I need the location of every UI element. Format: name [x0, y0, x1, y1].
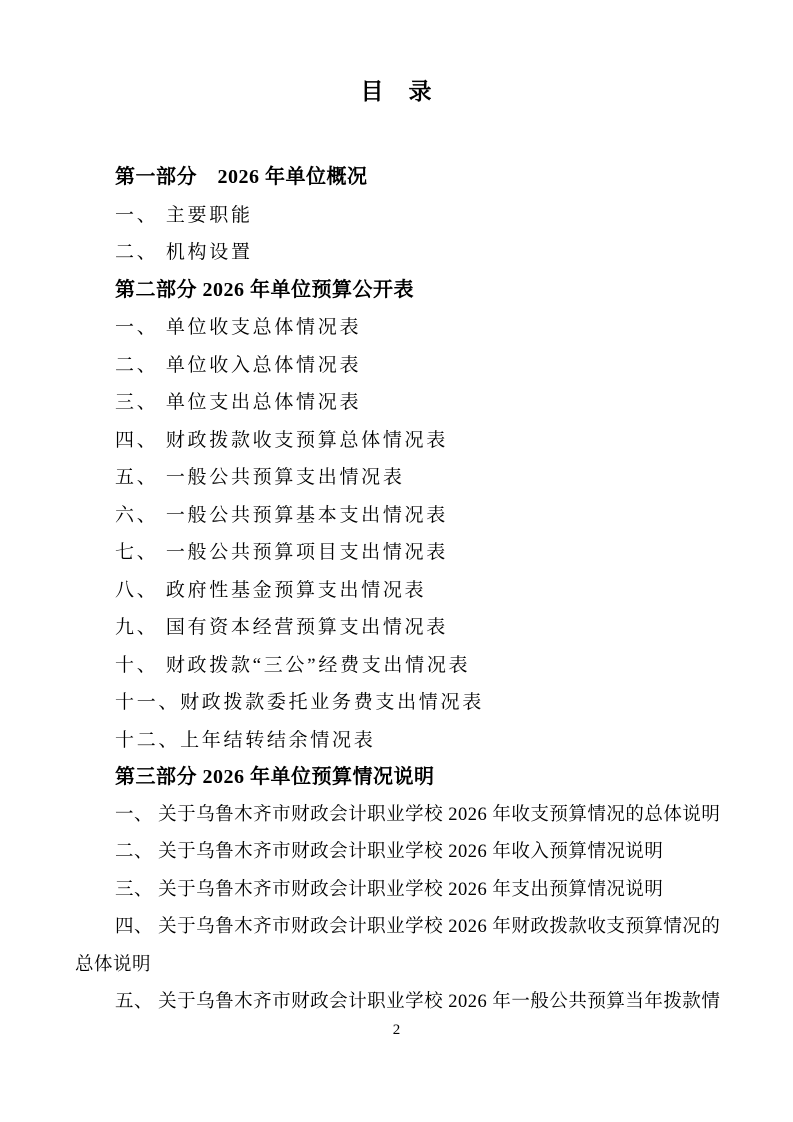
toc-section-2: 第二部分 2026 年单位预算公开表 一、 单位收支总体情况表 二、 单位收入总… [75, 272, 723, 760]
section-heading-part2: 第二部分 2026 年单位预算公开表 [75, 272, 723, 310]
toc-section-3: 第三部分 2026 年单位预算情况说明 一、 关于乌鲁木齐市财政会计职业学校 2… [75, 759, 723, 1022]
toc-item: 二、 单位收入总体情况表 [75, 347, 723, 385]
toc-item: 七、 一般公共预算项目支出情况表 [75, 534, 723, 572]
toc-item: 二、 关于乌鲁木齐市财政会计职业学校 2026 年收入预算情况说明 [75, 834, 723, 872]
toc-item: 四、 关于乌鲁木齐市财政会计职业学校 2026 年财政拨款收支预算情况的总体说明 [75, 909, 723, 984]
toc-item: 四、 财政拨款收支预算总体情况表 [75, 422, 723, 460]
document-page: 目 录 第一部分 2026 年单位概况 一、 主要职能 二、 机构设置 第二部分… [0, 0, 793, 1122]
toc-item: 一、 主要职能 [75, 197, 723, 235]
toc-item: 一、 关于乌鲁木齐市财政会计职业学校 2026 年收支预算情况的总体说明 [75, 797, 723, 835]
toc-item: 一、 单位收支总体情况表 [75, 309, 723, 347]
section-heading-part1: 第一部分 2026 年单位概况 [75, 159, 723, 197]
toc-item: 三、 单位支出总体情况表 [75, 384, 723, 422]
toc-item: 十、 财政拨款“三公”经费支出情况表 [75, 647, 723, 685]
toc-item: 六、 一般公共预算基本支出情况表 [75, 497, 723, 535]
toc-section-1: 第一部分 2026 年单位概况 一、 主要职能 二、 机构设置 [75, 159, 723, 272]
toc-item: 九、 国有资本经营预算支出情况表 [75, 609, 723, 647]
toc-item: 五、 关于乌鲁木齐市财政会计职业学校 2026 年一般公共预算当年拨款情 [75, 984, 723, 1022]
toc-item: 二、 机构设置 [75, 234, 723, 272]
toc-item: 十二、上年结转结余情况表 [75, 722, 723, 760]
toc-item: 三、 关于乌鲁木齐市财政会计职业学校 2026 年支出预算情况说明 [75, 872, 723, 910]
toc-item: 八、 政府性基金预算支出情况表 [75, 572, 723, 610]
page-title: 目 录 [0, 75, 793, 108]
table-of-contents: 第一部分 2026 年单位概况 一、 主要职能 二、 机构设置 第二部分 202… [75, 159, 723, 1022]
section-heading-part3: 第三部分 2026 年单位预算情况说明 [75, 759, 723, 797]
page-number: 2 [0, 1020, 793, 1040]
toc-item: 五、 一般公共预算支出情况表 [75, 459, 723, 497]
toc-item: 十一、财政拨款委托业务费支出情况表 [75, 684, 723, 722]
